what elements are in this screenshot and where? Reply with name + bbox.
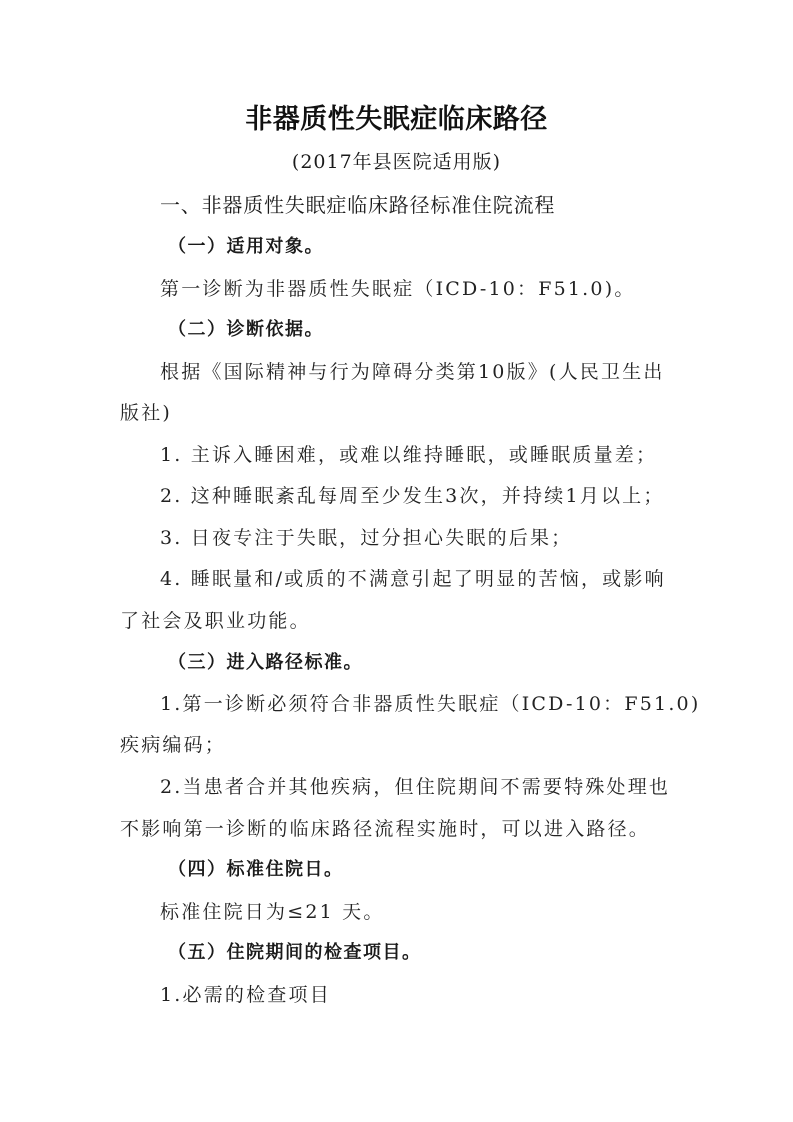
subsection-heading-applicable-object: （一）适用对象。 [168, 235, 324, 259]
paragraph-line: 版社) [120, 401, 172, 425]
paragraph-line: 第一诊断为非器质性失眠症（ICD-10：F51.0)。 [160, 277, 636, 301]
paragraph-line: 根据《国际精神与行为障碍分类第10版》(人民卫生出 [160, 360, 665, 384]
document-title: 非器质性失眠症临床路径 [0, 103, 793, 137]
paragraph-line: 疾病编码； [120, 733, 226, 757]
subsection-heading-diagnosis-basis: （二）诊断依据。 [168, 318, 324, 342]
list-item: 1.第一诊断必须符合非器质性失眠症（ICD-10：F51.0) [160, 692, 700, 716]
section-heading-1: 一、非器质性失眠症临床路径标准住院流程 [160, 193, 555, 217]
paragraph-line: 了社会及职业功能。 [120, 609, 311, 633]
list-item: 1. 主诉入睡困难，或难以维持睡眠，或睡眠质量差； [160, 443, 657, 467]
paragraph-line: 标准住院日为≤21 天。 [160, 900, 385, 924]
list-item: 2. 这种睡眠紊乱每周至少发生3次，并持续1月以上； [160, 484, 665, 508]
subsection-heading-entry-criteria: （三）进入路径标准。 [168, 651, 363, 675]
list-item: 4. 睡眠量和/或质的不满意引起了明显的苦恼，或影响 [160, 567, 666, 591]
document-subtitle: (2017年县医院适用版) [0, 150, 793, 174]
document-page: 非器质性失眠症临床路径 (2017年县医院适用版) 一、非器质性失眠症临床路径标… [0, 0, 793, 1122]
paragraph-line: 不影响第一诊断的临床路径流程实施时，可以进入路径。 [120, 817, 650, 841]
list-item: 3. 日夜专注于失眠，过分担心失眠的后果； [160, 526, 572, 550]
list-item: 2.当患者合并其他疾病，但住院期间不需要特殊处理也 [160, 775, 670, 799]
subsection-heading-inpatient-exams: （五）住院期间的检查项目。 [168, 941, 422, 965]
subsection-heading-standard-stay: （四）标准住院日。 [168, 858, 344, 882]
list-item: 1.必需的检查项目 [160, 983, 331, 1007]
